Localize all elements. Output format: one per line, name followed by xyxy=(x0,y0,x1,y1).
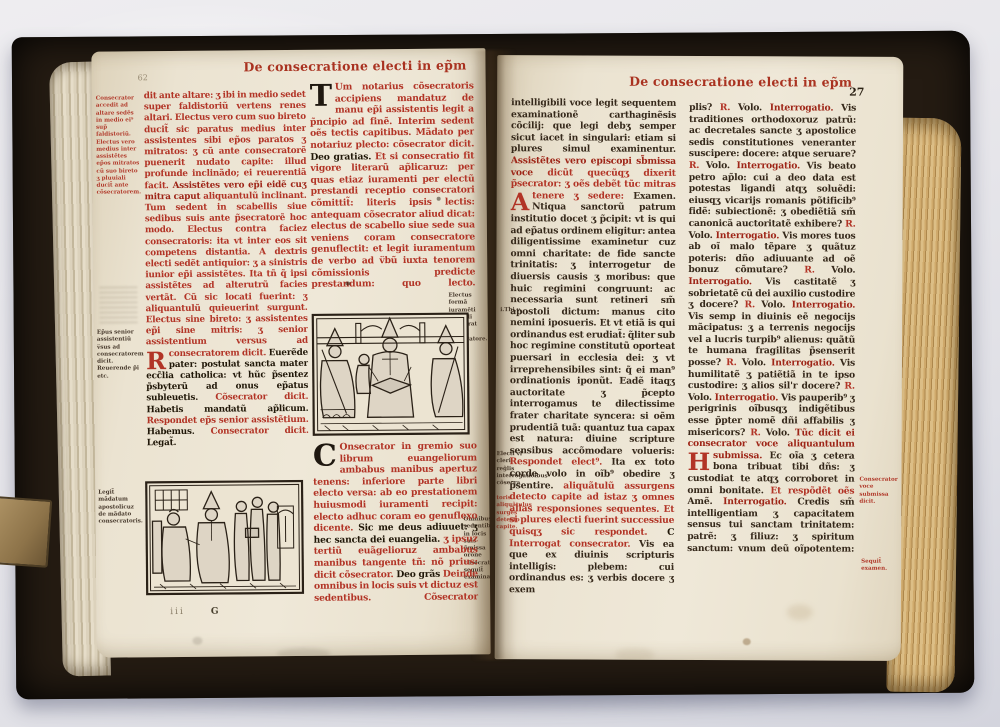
woodcut-oath-on-gospels xyxy=(312,312,470,435)
show-through-text xyxy=(99,283,137,323)
signature-show-through: iii xyxy=(170,607,185,617)
running-title-right: De consecratione electi in ep̃m xyxy=(629,74,852,90)
photo-of-open-incunabulum: 62 De consecratione electi in ep̃m Conse… xyxy=(0,0,1000,727)
right-page-column-1: intelligibili voce legit sequentem exami… xyxy=(509,97,676,626)
smudge-stain xyxy=(192,637,202,645)
foxing-spot xyxy=(615,648,655,661)
left-page-column-2-lower: COnsecrator in gremio suo librum euangel… xyxy=(313,440,479,639)
quire-signature: iiiG xyxy=(170,607,220,617)
running-title-left: De consecratione electi in ep̃m xyxy=(243,57,466,74)
signature-letter: G xyxy=(211,607,221,617)
right-page-column-2: plis? R. Volo. Interrogatio. Vis traditi… xyxy=(687,102,856,637)
margin-note-legitur-mandatum: Legit̃ mãdatum apostolicuz de mãdato con… xyxy=(98,489,142,526)
leather-clasp-remnant xyxy=(0,496,52,568)
folio-mark: 62 xyxy=(138,73,148,82)
right-page: De consecratione electi in ep̃m 27 i.Thi… xyxy=(495,55,904,661)
left-page-column-1: dit ante altare: ʒ ibi in medio sedet su… xyxy=(144,90,309,483)
left-page: 62 De consecratione electi in ep̃m Conse… xyxy=(91,48,490,657)
woodcut-mandate-reading xyxy=(145,480,304,595)
margin-note-consecrator-accedit: Consecrator accedit ad altare sedẽs in m… xyxy=(96,95,140,197)
margin-note-epus-senior: Ep̃us senior assistentiũ v̈sus ad consec… xyxy=(97,329,141,380)
gutter-shadow xyxy=(472,50,516,660)
margin-note-consecrator-voce: Consecrator voce submissa dicit. xyxy=(859,477,899,506)
foxing-spot xyxy=(743,638,751,645)
left-page-column-2-upper: TUm notarius cõsecratoris accipiens mand… xyxy=(310,80,476,311)
margin-note-sequitur-examen: Sequit̃ examen. xyxy=(861,559,901,574)
page-number: 27 xyxy=(849,86,864,99)
